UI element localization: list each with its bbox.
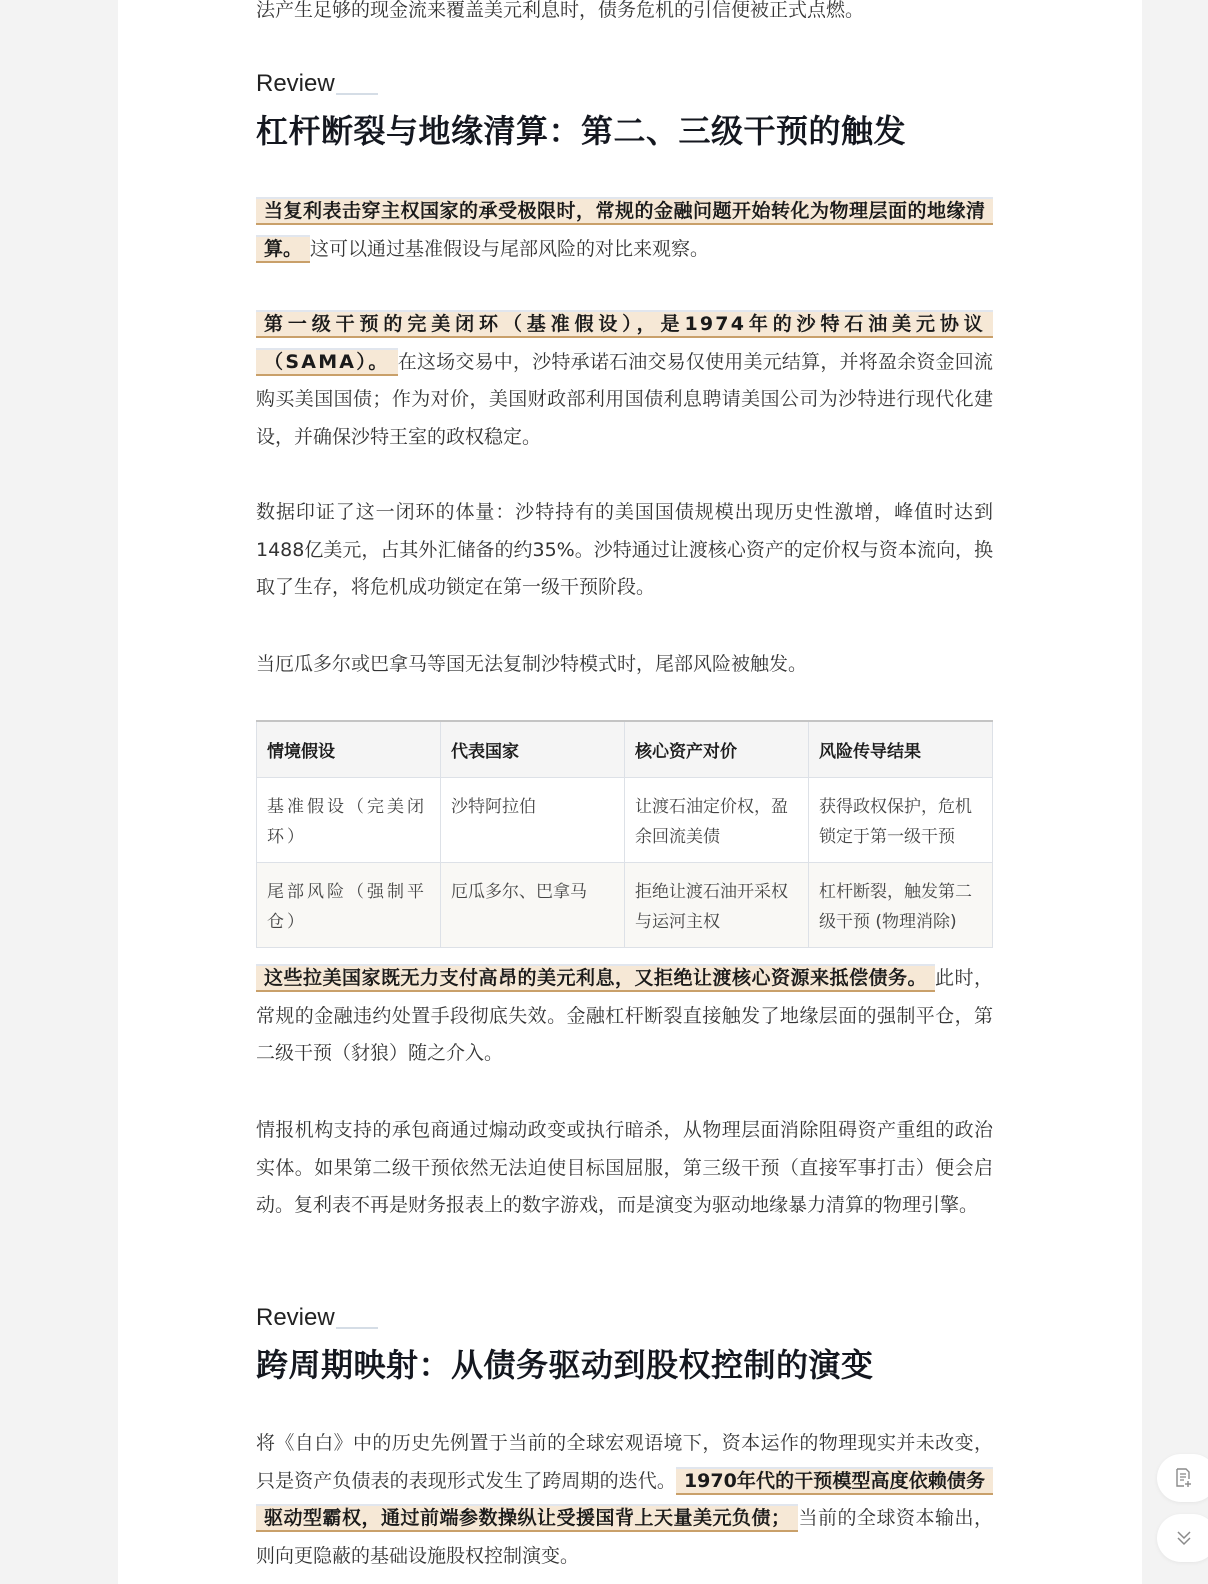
table-cell: 杠杆断裂，触发第二级干预 (物理消除) xyxy=(809,862,993,947)
note-add-icon xyxy=(1175,1468,1193,1488)
intro-paragraph-tail: 法产生足够的现金流来覆盖美元利息时，债务危机的引信便被正式点燃。 xyxy=(256,0,993,30)
review-kicker: Review xyxy=(256,1302,993,1332)
comparison-table: 情境假设 代表国家 核心资产对价 风险传导结果 基准假设（完美闭环） 沙特阿拉伯… xyxy=(256,720,993,948)
table-cell: 拒绝让渡石油开采权与运河主权 xyxy=(625,862,809,947)
table-header-row: 情境假设 代表国家 核心资产对价 风险传导结果 xyxy=(257,721,993,777)
paragraph-6: 情报机构支持的承包商通过煽动政变或执行暗杀，从物理层面消除阻碍资产重组的政治实体… xyxy=(256,1112,993,1225)
review-kicker-text: Review xyxy=(256,70,335,98)
kicker-rule xyxy=(336,1327,378,1329)
table-cell: 厄瓜多尔、巴拿马 xyxy=(441,862,625,947)
highlighted-text: 这些拉美国家既无力支付高昂的美元利息，又拒绝让渡核心资源来抵偿债务。 xyxy=(256,964,935,992)
add-note-button[interactable] xyxy=(1157,1454,1208,1502)
table-row: 基准假设（完美闭环） 沙特阿拉伯 让渡石油定价权，盈余回流美债 获得政权保护，危… xyxy=(257,777,993,862)
table-header-cell: 代表国家 xyxy=(441,721,625,777)
paragraph-text: 这可以通过基准假设与尾部风险的对比来观察。 xyxy=(310,238,709,260)
paragraph-7: 将《自白》中的历史先例置于当前的全球宏观语境下，资本运作的物理现实并未改变，只是… xyxy=(256,1425,993,1575)
kicker-rule xyxy=(336,93,378,95)
paragraph-3: 数据印证了这一闭环的体量：沙特持有的美国国债规模出现历史性激增，峰值时达到148… xyxy=(256,494,993,607)
article-page: 法产生足够的现金流来覆盖美元利息时，债务危机的引信便被正式点燃。 Review … xyxy=(118,0,1142,1584)
table-cell: 获得政权保护，危机锁定于第一级干预 xyxy=(809,777,993,862)
table-header-cell: 风险传导结果 xyxy=(809,721,993,777)
paragraph-2: 第一级干预的完美闭环（基准假设），是1974年的沙特石油美元协议（SAMA）。在… xyxy=(256,306,993,456)
scroll-down-button[interactable] xyxy=(1157,1514,1208,1562)
table-cell: 沙特阿拉伯 xyxy=(441,777,625,862)
table-header-cell: 核心资产对价 xyxy=(625,721,809,777)
table-cell: 让渡石油定价权，盈余回流美债 xyxy=(625,777,809,862)
paragraph-5: 这些拉美国家既无力支付高昂的美元利息，又拒绝让渡核心资源来抵偿债务。此时，常规的… xyxy=(256,960,993,1073)
section-review-1: Review 杠杆断裂与地缘清算：第二、三级干预的触发 xyxy=(256,68,993,152)
paragraph-4: 当厄瓜多尔或巴拿马等国无法复制沙特模式时，尾部风险被触发。 xyxy=(256,646,993,684)
table-header-cell: 情境假设 xyxy=(257,721,441,777)
section-review-2: Review 跨周期映射：从债务驱动到股权控制的演变 xyxy=(256,1302,993,1386)
section-title: 杠杆断裂与地缘清算：第二、三级干预的触发 xyxy=(256,106,993,152)
table-cell: 基准假设（完美闭环） xyxy=(257,777,441,862)
review-kicker-text: Review xyxy=(256,1304,335,1332)
review-kicker: Review xyxy=(256,68,993,98)
double-chevron-down-icon xyxy=(1175,1529,1193,1547)
table-row: 尾部风险（强制平仓） 厄瓜多尔、巴拿马 拒绝让渡石油开采权与运河主权 杠杆断裂，… xyxy=(257,862,993,947)
comparison-table-wrapper: 情境假设 代表国家 核心资产对价 风险传导结果 基准假设（完美闭环） 沙特阿拉伯… xyxy=(256,720,993,948)
paragraph-1: 当复利表击穿主权国家的承受极限时，常规的金融问题开始转化为物理层面的地缘清算。这… xyxy=(256,193,993,268)
table-cell: 尾部风险（强制平仓） xyxy=(257,862,441,947)
section-title: 跨周期映射：从债务驱动到股权控制的演变 xyxy=(256,1340,993,1386)
